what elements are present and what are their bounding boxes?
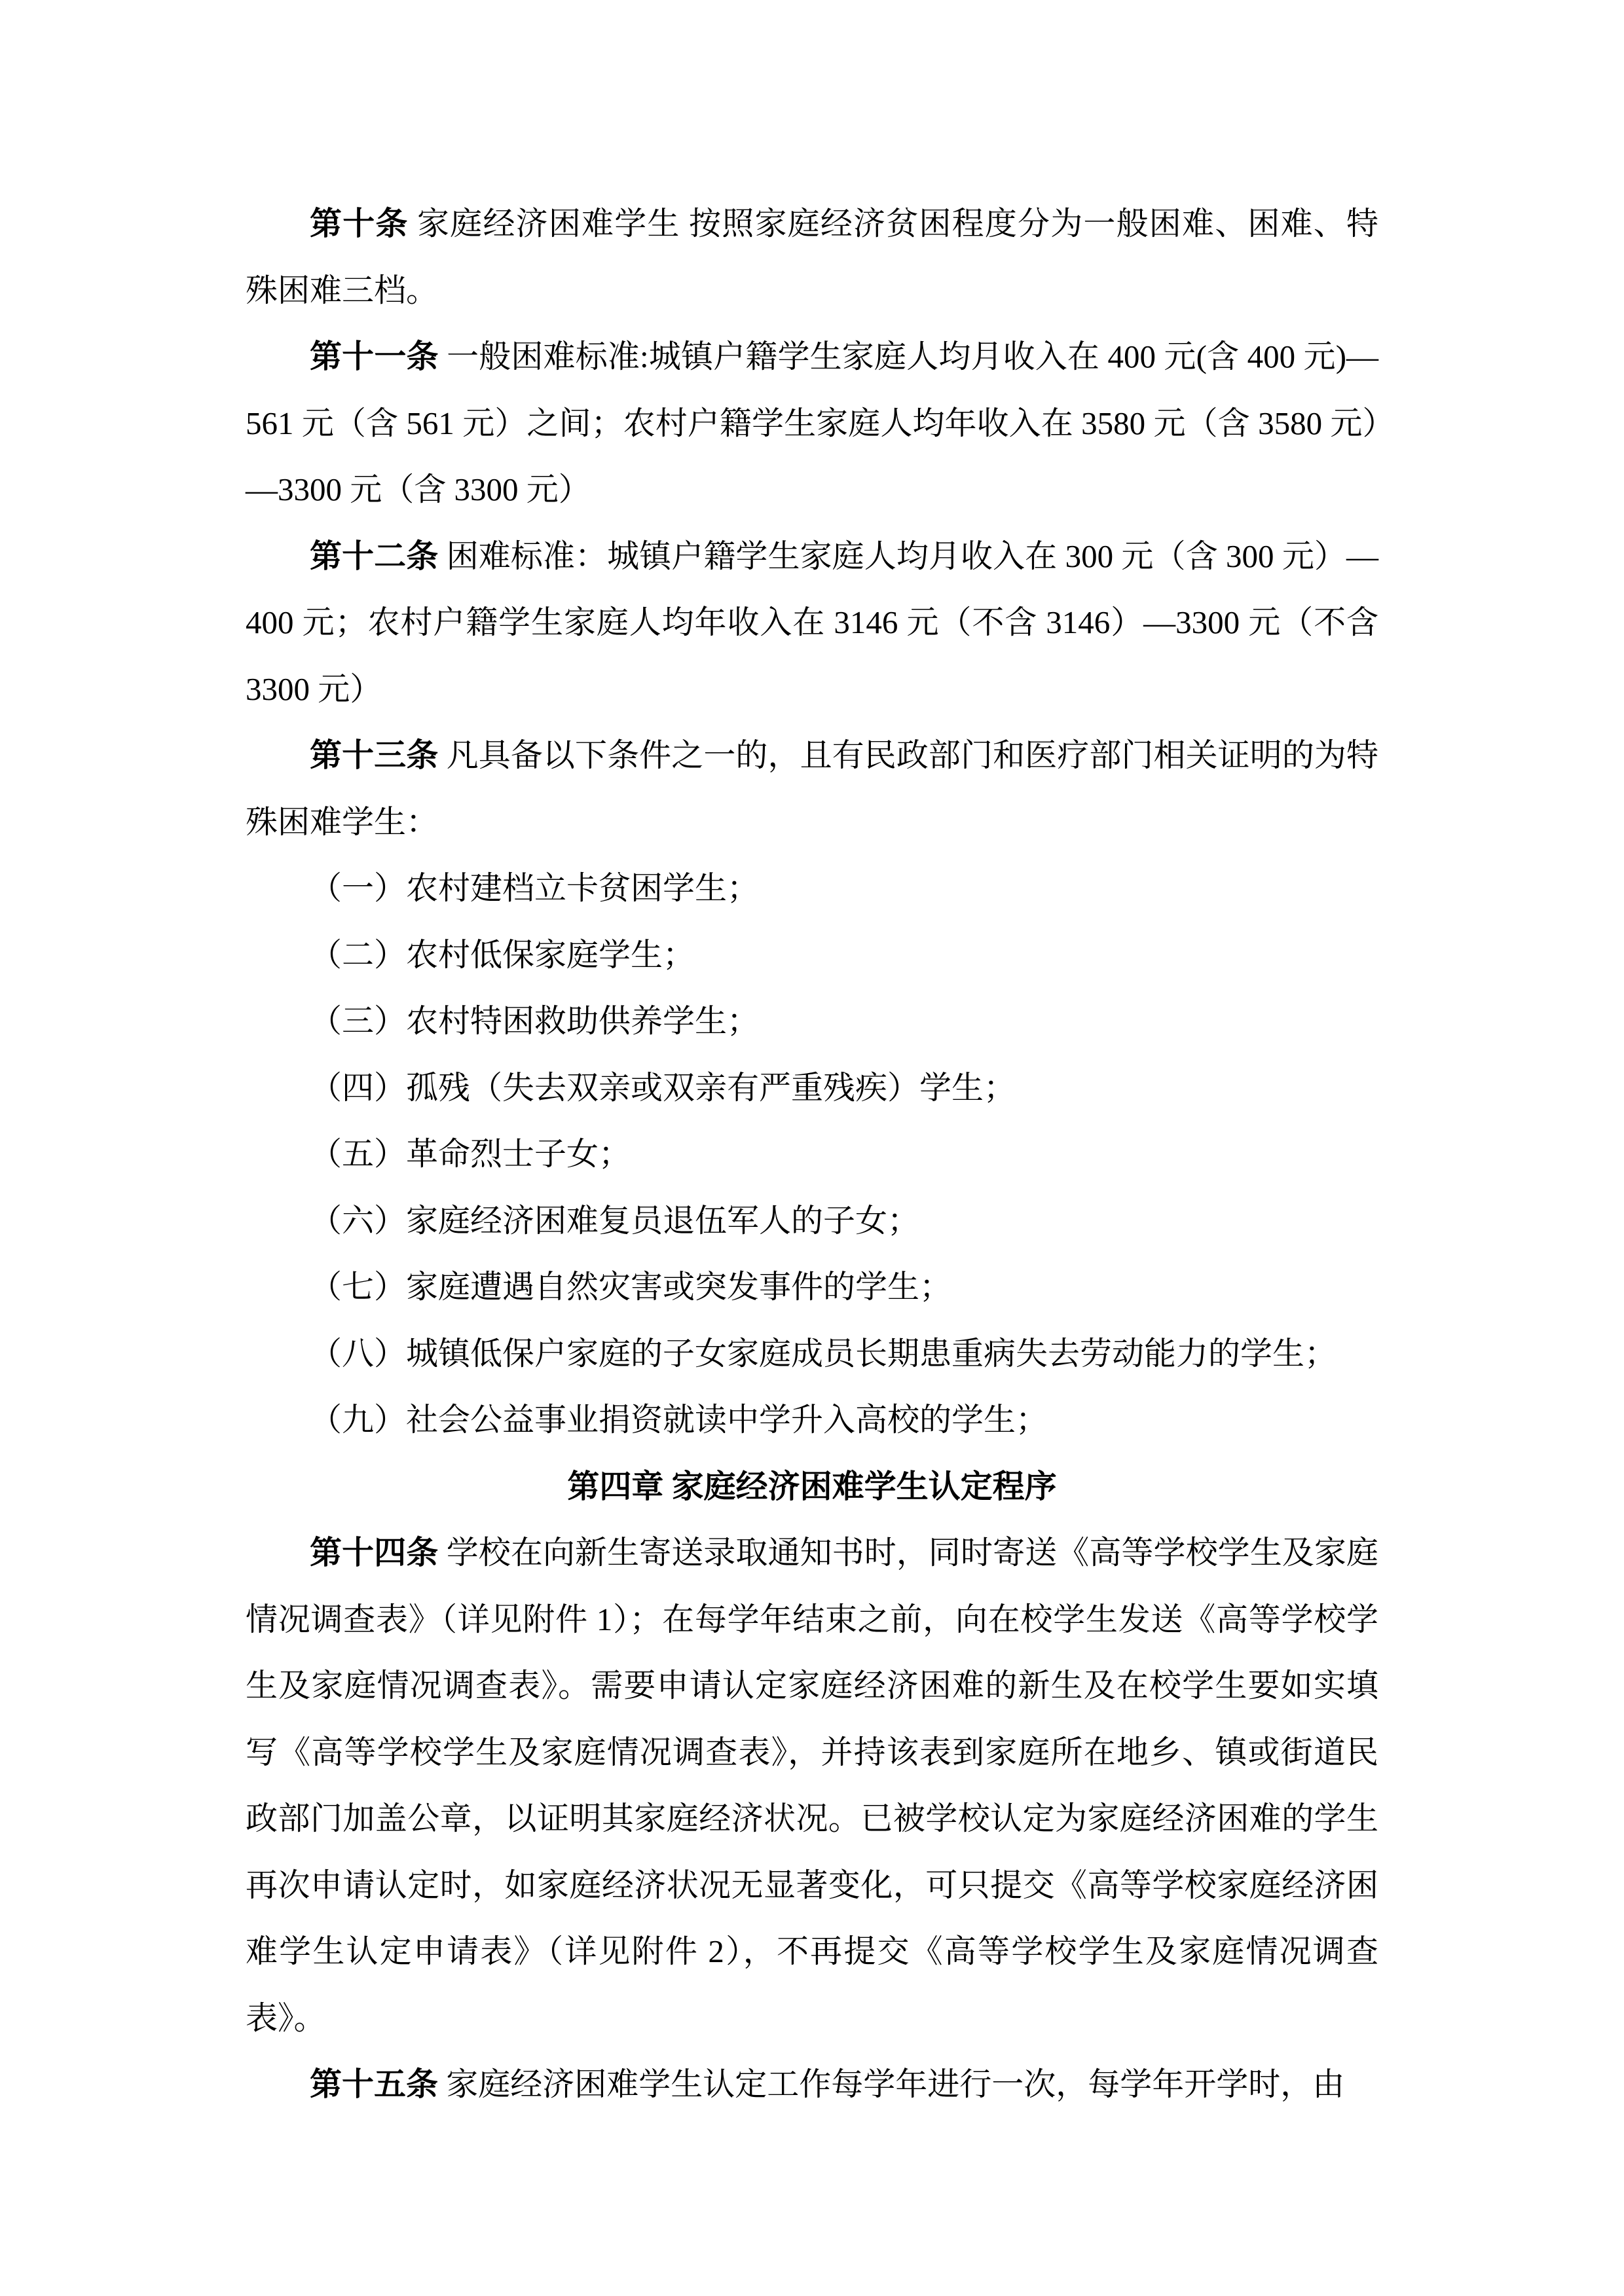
article-paragraph: 第十三条 凡具备以下条件之一的，且有民政部门和医疗部门相关证明的为特殊困难学生： <box>246 722 1378 855</box>
article-paragraph: 第十四条 学校在向新生寄送录取通知书时，同时寄送《高等学校学生及家庭情况调查表》… <box>246 1520 1378 2051</box>
list-item: （五）革命烈士子女； <box>246 1121 1378 1188</box>
list-item: （九）社会公益事业捐资就读中学升入高校的学生； <box>246 1387 1378 1453</box>
list-item: （二）农村低保家庭学生； <box>246 922 1378 989</box>
list-item: （六）家庭经济困难复员退伍军人的子女； <box>246 1188 1378 1254</box>
list-item: （八）城镇低保户家庭的子女家庭成员长期患重病失去劳动能力的学生； <box>246 1321 1378 1387</box>
document-page: 第十条 家庭经济困难学生 按照家庭经济贫困程度分为一般困难、困难、特殊困难三档。… <box>0 0 1624 2296</box>
list-item: （四）孤残（失去双亲或双亲有严重残疾）学生； <box>246 1055 1378 1121</box>
article-number-label: 第十条 <box>310 206 409 242</box>
document-body: 第十条 家庭经济困难学生 按照家庭经济贫困程度分为一般困难、困难、特殊困难三档。… <box>246 191 1378 2118</box>
article-paragraph: 第十条 家庭经济困难学生 按照家庭经济贫困程度分为一般困难、困难、特殊困难三档。 <box>246 191 1378 323</box>
article-number-label: 第十一条 <box>310 338 439 374</box>
article-number-label: 第十四条 <box>310 1535 438 1571</box>
article-number-label: 第十五条 <box>310 2066 438 2102</box>
article-paragraph: 第十五条 家庭经济困难学生认定工作每学年进行一次，每学年开学时，由 <box>246 2051 1378 2118</box>
article-text: 家庭经济困难学生认定工作每学年进行一次，每学年开学时，由 <box>446 2066 1344 2102</box>
list-item: （三）农村特困救助供养学生； <box>246 988 1378 1055</box>
article-paragraph: 第十一条 一般困难标准:城镇户籍学生家庭人均月收入在 400 元(含 400 元… <box>246 323 1378 523</box>
list-item: （七）家庭遭遇自然灾害或突发事件的学生； <box>246 1254 1378 1321</box>
article-number-label: 第十二条 <box>310 538 438 574</box>
chapter-heading: 第四章 家庭经济困难学生认定程序 <box>246 1453 1378 1520</box>
article-text: 家庭经济困难学生 按照家庭经济贫困程度分为一般困难、困难、特殊困难三档。 <box>246 206 1378 308</box>
list-item: （一）农村建档立卡贫困学生； <box>246 855 1378 922</box>
article-text: 学校在向新生寄送录取通知书时，同时寄送《高等学校学生及家庭情况调查表》（详见附件… <box>246 1535 1378 2036</box>
article-number-label: 第十三条 <box>310 737 438 773</box>
article-paragraph: 第十二条 困难标准：城镇户籍学生家庭人均月收入在 300 元（含 300 元）—… <box>246 523 1378 723</box>
